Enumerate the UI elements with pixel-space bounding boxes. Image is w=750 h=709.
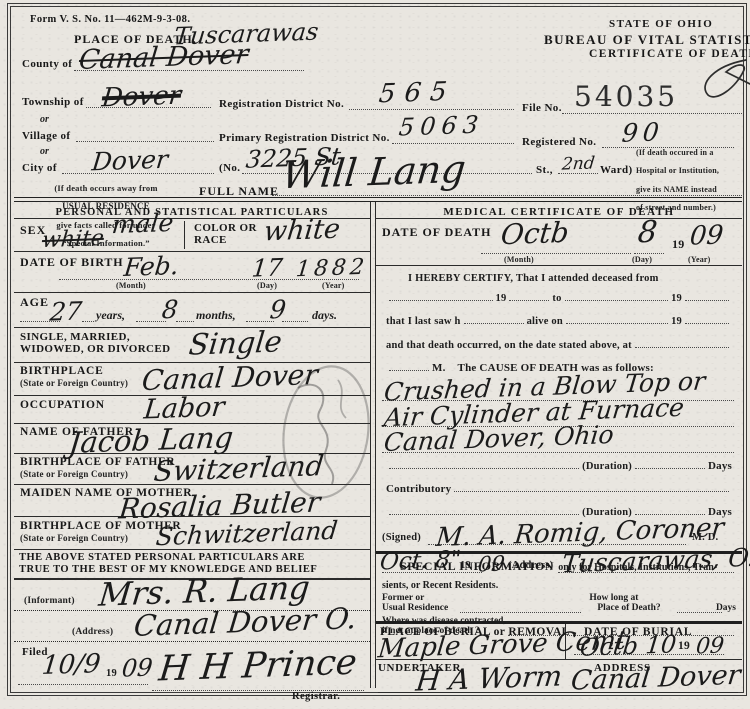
year-caption: (Year) — [322, 281, 345, 290]
dotted-line — [460, 612, 581, 613]
dotted-line — [635, 345, 729, 348]
dotted-line — [272, 195, 744, 196]
county-value: Canal Dover — [77, 39, 250, 76]
mother-birthplace-row: BIRTHPLACE OF MOTHER (State or Foreign C… — [14, 517, 370, 550]
dob-year-value: 1882 — [295, 255, 370, 283]
filed-row: Filed 10/9 19 09 H H Prince Registrar. — [14, 642, 370, 704]
township-value: Dover — [100, 81, 182, 114]
country-note: (State or Foreign Country) — [20, 469, 128, 479]
faint-oval-stamp — [268, 358, 378, 508]
last-saw-text: that I last saw h — [386, 316, 461, 327]
burial-date-value: Octb 10 — [579, 630, 678, 661]
dotted-line — [389, 298, 493, 301]
hospital-note-line: Hospital or Institution, — [636, 166, 719, 175]
hospital-note-line: give its NAME instead — [636, 185, 717, 194]
certify-text: I HEREBY CERTIFY, That I attended deceas… — [408, 273, 659, 284]
dotted-line — [392, 143, 514, 144]
former-label-2: Usual Residence — [382, 603, 448, 613]
sex-row: SEX white male COLOR OR RACE white — [14, 219, 370, 252]
dod-month-value: Octb — [499, 216, 570, 252]
city-label: City of — [22, 162, 57, 174]
dotted-line — [565, 298, 669, 301]
dotted-line — [562, 113, 742, 114]
age-years-value: 27 — [48, 296, 83, 326]
dob-month-value: Feb. — [122, 251, 180, 282]
address-label: (Address) — [72, 627, 113, 637]
registrar-label: Registrar. — [292, 691, 340, 702]
dotted-line — [481, 253, 631, 254]
special-title-rest-1: only for Hospitals, Institutions, Tran- — [558, 562, 717, 573]
field-divider — [184, 221, 185, 249]
color-label-2: RACE — [194, 234, 227, 246]
or-label: or — [40, 114, 49, 125]
to-word: to — [552, 293, 561, 304]
sex-struck-value: white — [41, 226, 106, 253]
burial-date-cell: DATE OF BURIAL Octb 10 19 09 — [566, 624, 742, 659]
filed-date-value: 10/9 — [40, 649, 102, 681]
country-note: (State or Foreign Country) — [20, 533, 128, 543]
county-label: County of — [22, 58, 72, 70]
month-caption: (Month) — [504, 255, 534, 264]
signature-line — [378, 692, 738, 693]
statement-line-1: THE ABOVE STATED PERSONAL PARTICULARS AR… — [19, 552, 305, 563]
registration-district-label: Registration District No. — [219, 98, 344, 110]
city-value: Dover — [90, 145, 169, 177]
day-caption: (Day) — [257, 281, 277, 290]
dotted-line — [349, 109, 514, 110]
street-label: St., — [536, 164, 553, 176]
how-long-label-1: How long at — [589, 593, 638, 603]
mother-birthplace-value: Schwitzerland — [155, 516, 340, 551]
date-of-death-label: DATE OF DEATH — [382, 225, 491, 240]
cause-line-3-wrap: Canal Dover, Ohio — [380, 428, 738, 454]
marital-value: Single — [187, 324, 283, 361]
township-label: Township of — [22, 96, 84, 108]
contributory-label: Contributory — [386, 483, 451, 495]
registration-district-value: 565 — [377, 77, 457, 110]
burial-row: PLACE OF BURIAL or REMOVAL Maple Grove C… — [376, 624, 742, 660]
former-residence-field: Former or Usual Residence — [382, 593, 587, 615]
day-caption: (Day) — [632, 255, 652, 264]
medical-column: MEDICAL CERTIFICATE OF DEATH DATE OF DEA… — [376, 202, 742, 688]
age-days-value: 9 — [268, 295, 287, 325]
md-label: M. D. — [692, 532, 718, 543]
registered-no-label: Registered No. — [522, 136, 596, 148]
registrar-signature: H H Prince — [157, 642, 359, 689]
state-header: STATE OF OHIO — [609, 18, 713, 30]
street-no-label: (No. — [219, 162, 240, 174]
informant-address-row: (Address) Canal Dover O. — [14, 611, 370, 642]
days-word: Days — [708, 460, 732, 472]
dotted-line — [464, 321, 524, 324]
country-note: (State or Foreign Country) — [20, 378, 128, 388]
form-number: Form V. S. No. 11—462M-9-3-08. — [30, 14, 190, 25]
informant-label: (Informant) — [24, 596, 75, 606]
certify-block: I HEREBY CERTIFY, That I attended deceas… — [376, 273, 742, 554]
ward-label: Ward) — [600, 164, 633, 176]
burial-year-printed: 19 — [678, 640, 690, 652]
undertaker-row: UNDERTAKER ADDRESS H A Worm Canal Dover … — [376, 660, 742, 697]
dotted-line — [454, 489, 729, 492]
age-label: AGE — [20, 295, 49, 310]
sex-value: male — [110, 208, 174, 239]
birthplace-label: BIRTHPLACE — [20, 365, 104, 377]
primary-registration-label: Primary Registration District No. — [219, 132, 390, 144]
dotted-line — [634, 253, 664, 254]
bureau-header: BUREAU OF VITAL STATISTICS — [544, 32, 750, 48]
alive-on-label: alive on — [527, 316, 563, 327]
dob-label: DATE OF BIRTH — [20, 255, 123, 270]
form-header-section: Form V. S. No. 11—462M-9-3-08. PLACE OF … — [14, 6, 742, 198]
file-no-value: 54035 — [574, 80, 678, 113]
special-title-rest-2: sients, or Recent Residents. — [382, 580, 498, 591]
dotted-line — [18, 684, 148, 685]
signed-label: (Signed) — [382, 532, 421, 543]
m-label: M. — [432, 362, 446, 374]
full-name-value: Will Lang — [280, 147, 468, 198]
burial-place-cell: PLACE OF BURIAL or REMOVAL Maple Grove C… — [376, 624, 566, 659]
address-value: Canal Dover O. — [132, 601, 358, 643]
occupation-label: OCCUPATION — [20, 399, 105, 411]
dotted-line — [389, 368, 429, 371]
dotted-line — [566, 321, 668, 324]
file-no-label: File No. — [522, 102, 562, 114]
color-label-1: COLOR OR — [194, 222, 257, 234]
marital-label-1: SINGLE, MARRIED, — [20, 331, 130, 343]
dotted-line — [176, 321, 194, 322]
father-birthplace-label: BIRTHPLACE OF FATHER — [20, 456, 175, 468]
months-word: months, — [196, 308, 236, 323]
dotted-line — [76, 141, 214, 142]
filed-year-value: 09 — [121, 653, 154, 682]
dotted-line — [635, 466, 705, 469]
burial-year-value: 09 — [695, 633, 726, 659]
dotted-line — [389, 512, 579, 515]
years-word: years, — [96, 308, 125, 323]
village-label: Village of — [22, 130, 71, 142]
primary-registration-value: 5063 — [398, 110, 486, 141]
how-long-label-2: Place of Death? — [597, 603, 660, 613]
how-long-field: How long at Place of Death? Days — [587, 593, 736, 615]
dotted-line — [82, 321, 94, 322]
dod-day-value: 8 — [636, 215, 659, 251]
nineteen-label: 19 — [671, 316, 682, 327]
columns: PERSONAL AND STATISTICAL PARTICULARS SEX… — [14, 202, 742, 688]
residence-note-line: (If death occurs away from — [54, 183, 157, 193]
date-of-death-row: DATE OF DEATH Octb (Month) 8 (Day) 19 09… — [376, 219, 742, 266]
death-certificate: Form V. S. No. 11—462M-9-3-08. PLACE OF … — [0, 0, 750, 709]
dotted-line — [282, 321, 308, 322]
death-occurred-text: and that death occurred, on the date sta… — [386, 340, 632, 351]
dotted-line — [509, 298, 549, 301]
dotted-line — [685, 298, 729, 301]
nineteen-label: 19 — [671, 293, 682, 304]
days-word: days. — [312, 308, 337, 323]
marital-label-2: WIDOWED, OR DIVORCED — [20, 343, 170, 355]
color-value: white — [262, 214, 341, 248]
or-label: or — [40, 146, 49, 157]
special-information-block: SPECIAL INFORMATION only for Hospitals, … — [376, 554, 742, 624]
dotted-line — [685, 321, 729, 324]
age-months-value: 8 — [160, 295, 179, 325]
year-caption: (Year) — [688, 255, 711, 264]
undertaker-address-value: Canal Dover O. — [569, 658, 750, 696]
dotted-line — [389, 466, 579, 469]
former-label-1: Former or — [382, 593, 424, 603]
dod-year-value: 09 — [688, 220, 724, 251]
hospital-note-line: (If death occured in a — [636, 148, 714, 157]
hand-drawn-loop-mark — [686, 50, 750, 110]
duration-label: (Duration) — [582, 461, 632, 472]
nineteen-label: 19 — [496, 293, 507, 304]
ward-value: 2nd — [561, 153, 596, 174]
month-caption: (Month) — [116, 281, 146, 290]
filed-year-printed: 19 — [106, 668, 117, 679]
special-title: SPECIAL INFORMATION — [400, 559, 554, 573]
dob-day-value: 17 — [251, 253, 284, 282]
date-of-birth-row: DATE OF BIRTH Feb. 17 1882 (Month) (Day)… — [14, 252, 370, 293]
age-row: AGE 27 years, 8 months, 9 days. — [14, 293, 370, 328]
days-word: Days — [716, 603, 736, 613]
dod-year-printed: 19 — [672, 237, 684, 252]
